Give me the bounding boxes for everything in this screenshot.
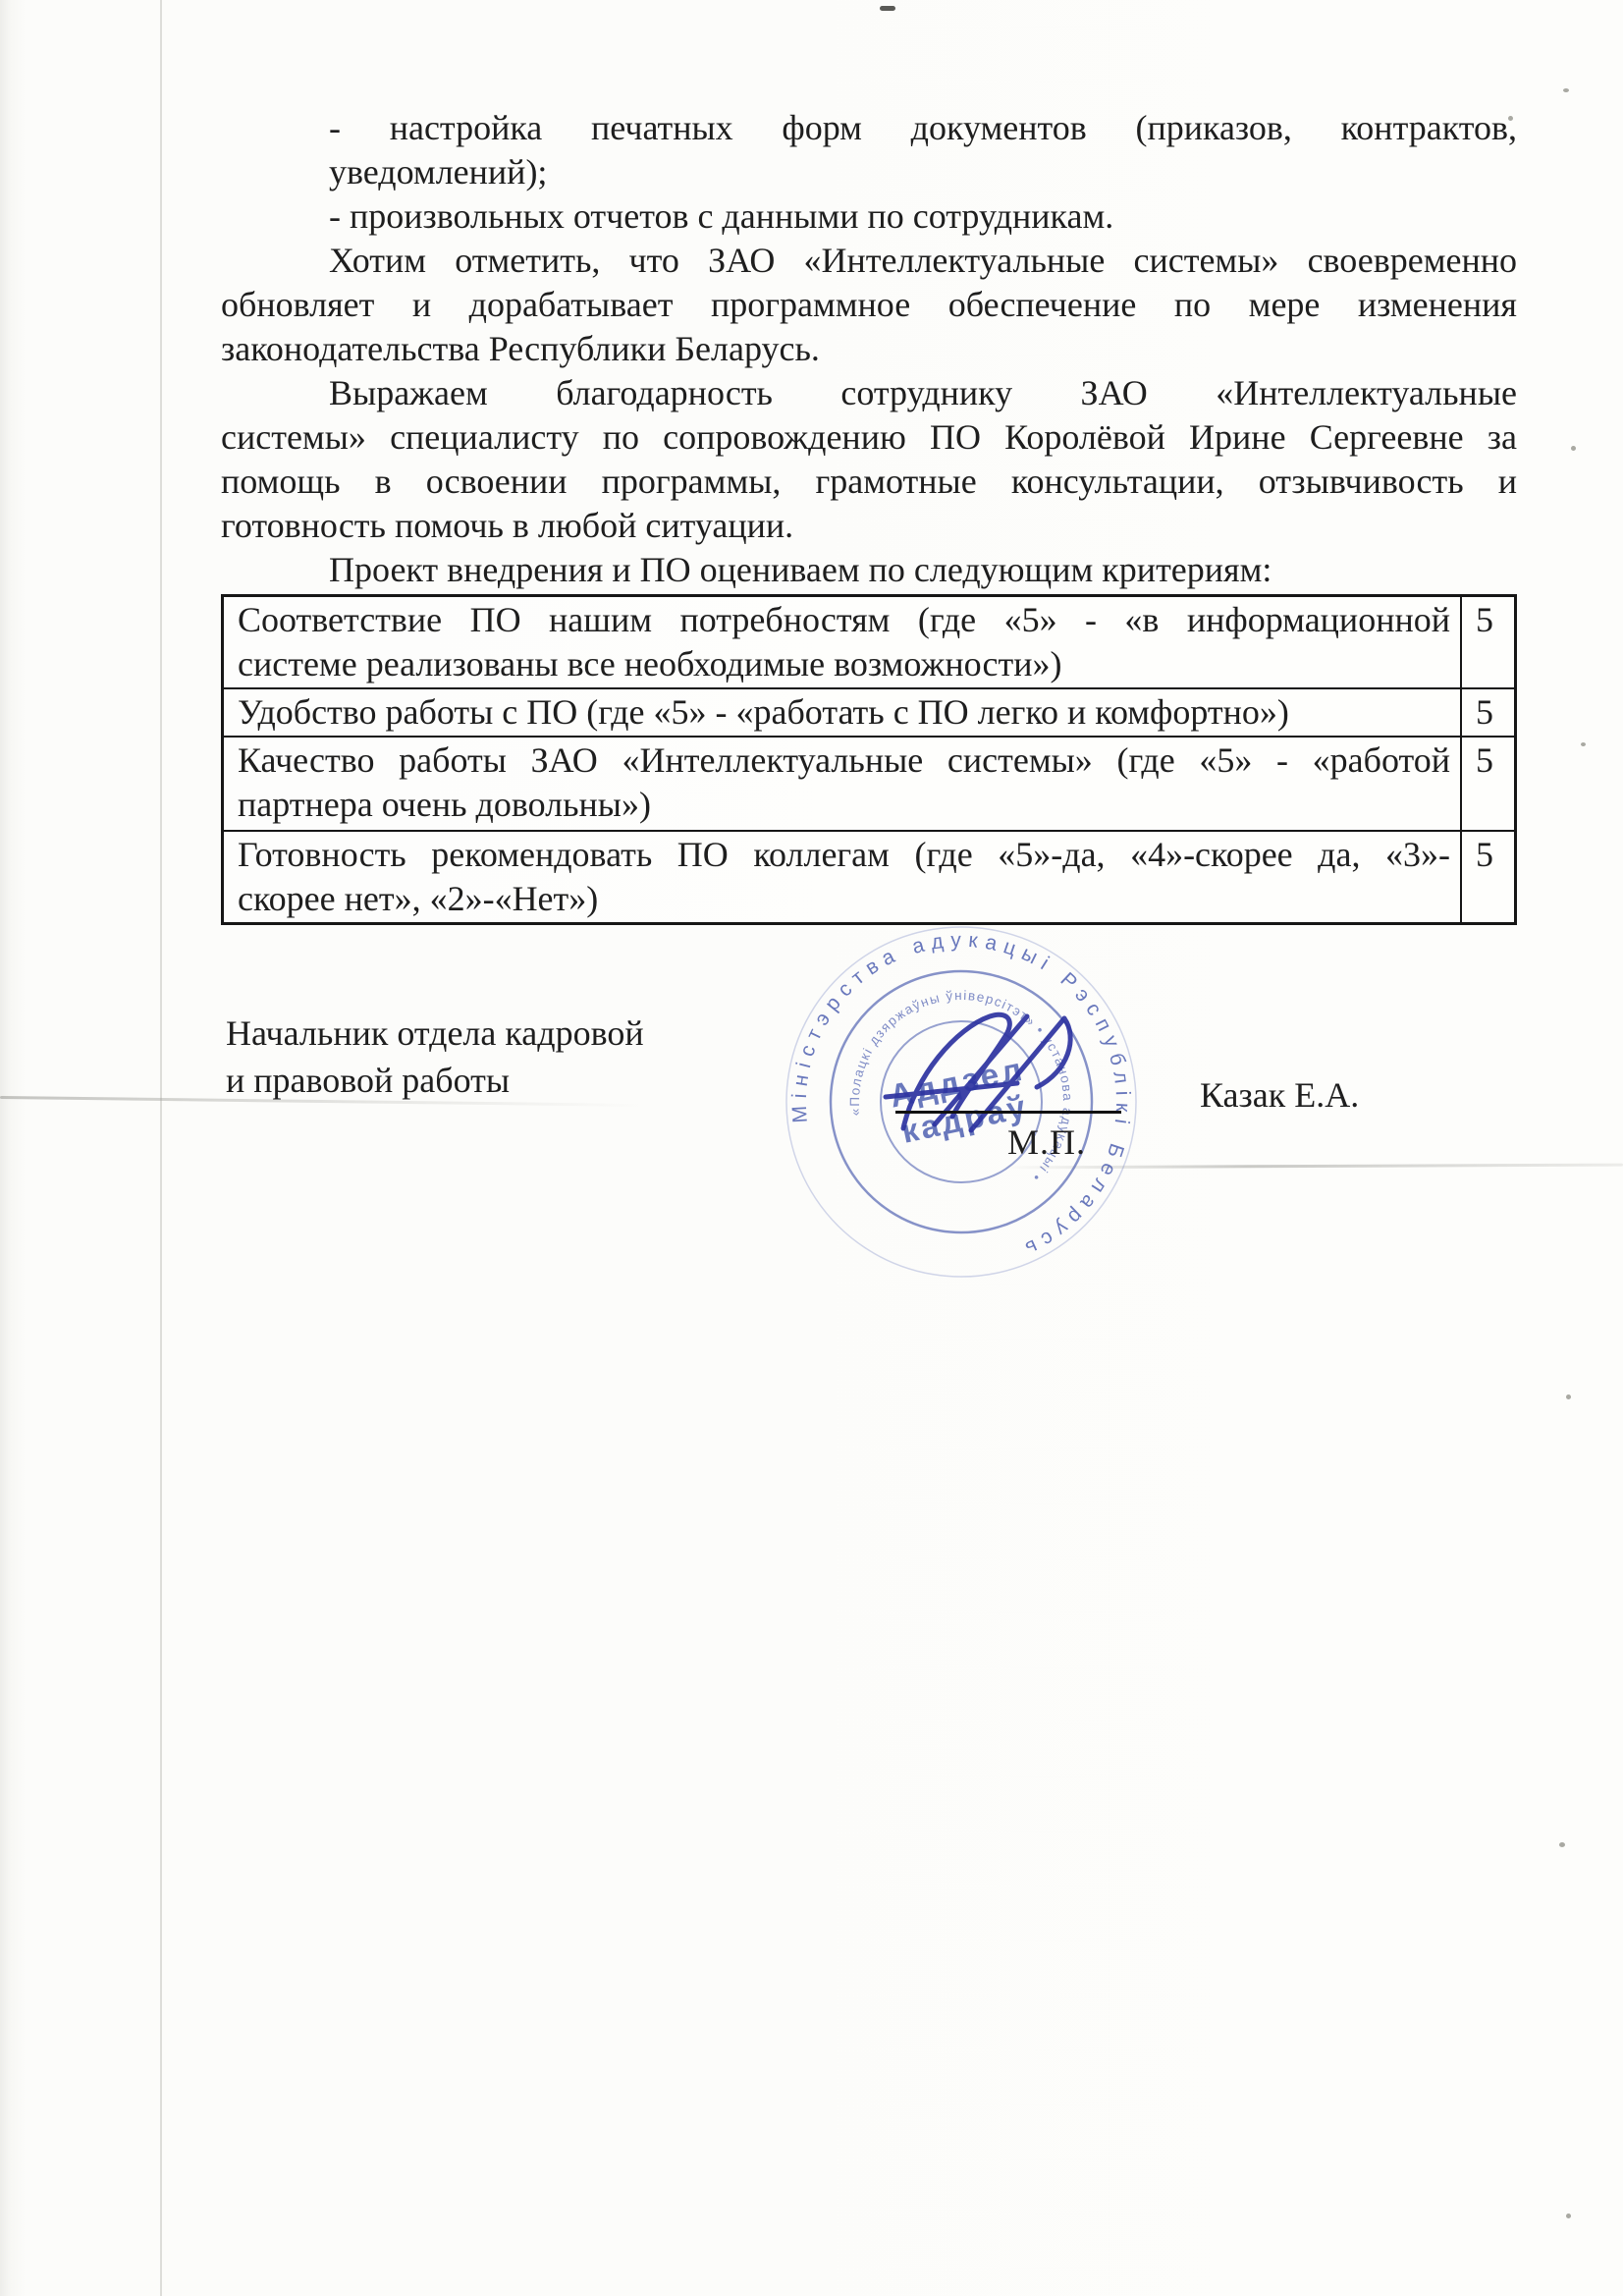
paragraph-line: Выражаем благодарность сотруднику ЗАО «И… (329, 371, 1517, 415)
table-row: Соответствие ПО нашим потребностям (где … (224, 597, 1514, 687)
paragraph-line: помощь в освоении программы, грамотные к… (221, 460, 1517, 504)
scan-speck (1566, 2214, 1571, 2218)
signature-role: Начальник отдела кадровой и правовой раб… (226, 1010, 644, 1104)
score-cell: 5 (1460, 689, 1514, 736)
criteria-table: Соответствие ПО нашим потребностям (где … (221, 594, 1517, 925)
paragraph-line: Хотим отметить, что ЗАО «Интеллектуальны… (329, 239, 1517, 283)
criteria-intro-line: Проект внедрения и ПО оцениваем по следу… (329, 548, 1517, 592)
paragraph-line: системы» специалисту по сопровождению ПО… (221, 415, 1517, 460)
criterion-line: системе реализованы все необходимые возм… (238, 642, 1450, 686)
score-value: 5 (1476, 740, 1493, 780)
score-value: 5 (1476, 600, 1493, 639)
scan-speck (1566, 1394, 1571, 1399)
score-cell: 5 (1460, 832, 1514, 922)
official-stamp: Міністэрства адукацыі Рэспублікі Беларус… (770, 910, 1153, 1293)
score-cell: 5 (1460, 597, 1514, 687)
document-text: - настройка печатных форм документов (пр… (221, 106, 1517, 592)
criterion-line: Качество работы ЗАО «Интеллектуальные си… (238, 738, 1450, 783)
stamp-graphic: Міністэрства адукацыі Рэспублікі Беларус… (770, 910, 1153, 1293)
signature-role-line: и правовой работы (226, 1057, 644, 1104)
seal-mark-label: М.П. (1007, 1121, 1086, 1163)
scan-speck (880, 6, 895, 11)
criterion-cell: Удобство работы с ПО (где «5» - «работат… (224, 689, 1460, 736)
signatory-name: Казак Е.А. (1200, 1074, 1359, 1116)
scan-speck (1559, 1842, 1565, 1847)
criterion-cell: Готовность рекомендовать ПО коллегам (гд… (224, 832, 1460, 922)
criterion-cell: Качество работы ЗАО «Интеллектуальные си… (224, 738, 1460, 830)
score-value: 5 (1476, 835, 1493, 874)
scan-speck (1563, 88, 1569, 92)
criterion-line: Соответствие ПО нашим потребностям (где … (238, 598, 1450, 642)
scan-speck (1581, 742, 1586, 746)
bullet-line: - произвольных отчетов с данными по сотр… (329, 194, 1517, 239)
signature-line (895, 1111, 1121, 1114)
scan-speck (1571, 446, 1576, 451)
criterion-line: партнера очень довольны») (238, 783, 1450, 827)
paragraph-line: обновляет и дорабатывает программное обе… (221, 283, 1517, 327)
paragraph-line: готовность помочь в любой ситуации. (221, 504, 1517, 548)
criterion-cell: Соответствие ПО нашим потребностям (где … (224, 597, 1460, 687)
criterion-line: Готовность рекомендовать ПО коллегам (гд… (238, 833, 1450, 877)
bullet-line: - настройка печатных форм документов (пр… (329, 106, 1517, 150)
table-row: Готовность рекомендовать ПО коллегам (гд… (224, 830, 1514, 922)
table-row: Качество работы ЗАО «Интеллектуальные си… (224, 736, 1514, 830)
signature-role-line: Начальник отдела кадровой (226, 1010, 644, 1057)
criterion-line: Удобство работы с ПО (где «5» - «работат… (238, 690, 1450, 735)
page-fold-line (160, 0, 162, 2296)
score-cell: 5 (1460, 738, 1514, 830)
paragraph-line: законодательства Республики Беларусь. (221, 327, 1517, 371)
table-row: Удобство работы с ПО (где «5» - «работат… (224, 687, 1514, 736)
bullet-line: уведомлений); (329, 150, 1517, 194)
score-value: 5 (1476, 692, 1493, 732)
